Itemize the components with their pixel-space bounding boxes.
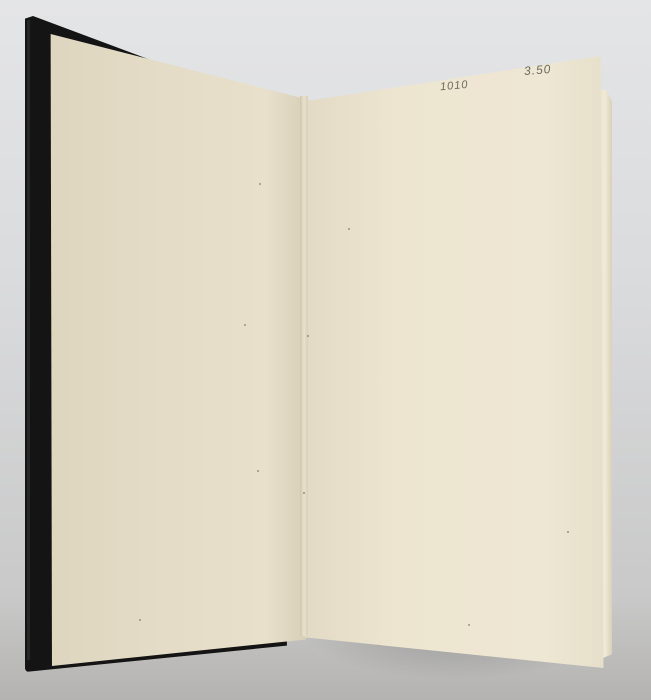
paper-speck <box>257 470 259 472</box>
pencil-note-price: 3.50 <box>523 62 551 78</box>
right-endpaper <box>305 56 605 668</box>
book-gutter <box>300 96 308 636</box>
paper-speck <box>139 619 141 621</box>
left-endpaper <box>40 34 306 666</box>
paper-speck <box>567 531 569 533</box>
paper-speck <box>468 624 470 626</box>
paper-speck <box>259 183 261 185</box>
paper-speck <box>307 335 309 337</box>
paper-speck <box>244 324 246 326</box>
paper-speck <box>348 228 350 230</box>
paper-speck <box>303 492 305 494</box>
cover-spine-edge <box>27 20 30 660</box>
book-photo: 1010 3.50 <box>0 0 651 700</box>
pencil-note-number: 1010 <box>440 79 469 93</box>
